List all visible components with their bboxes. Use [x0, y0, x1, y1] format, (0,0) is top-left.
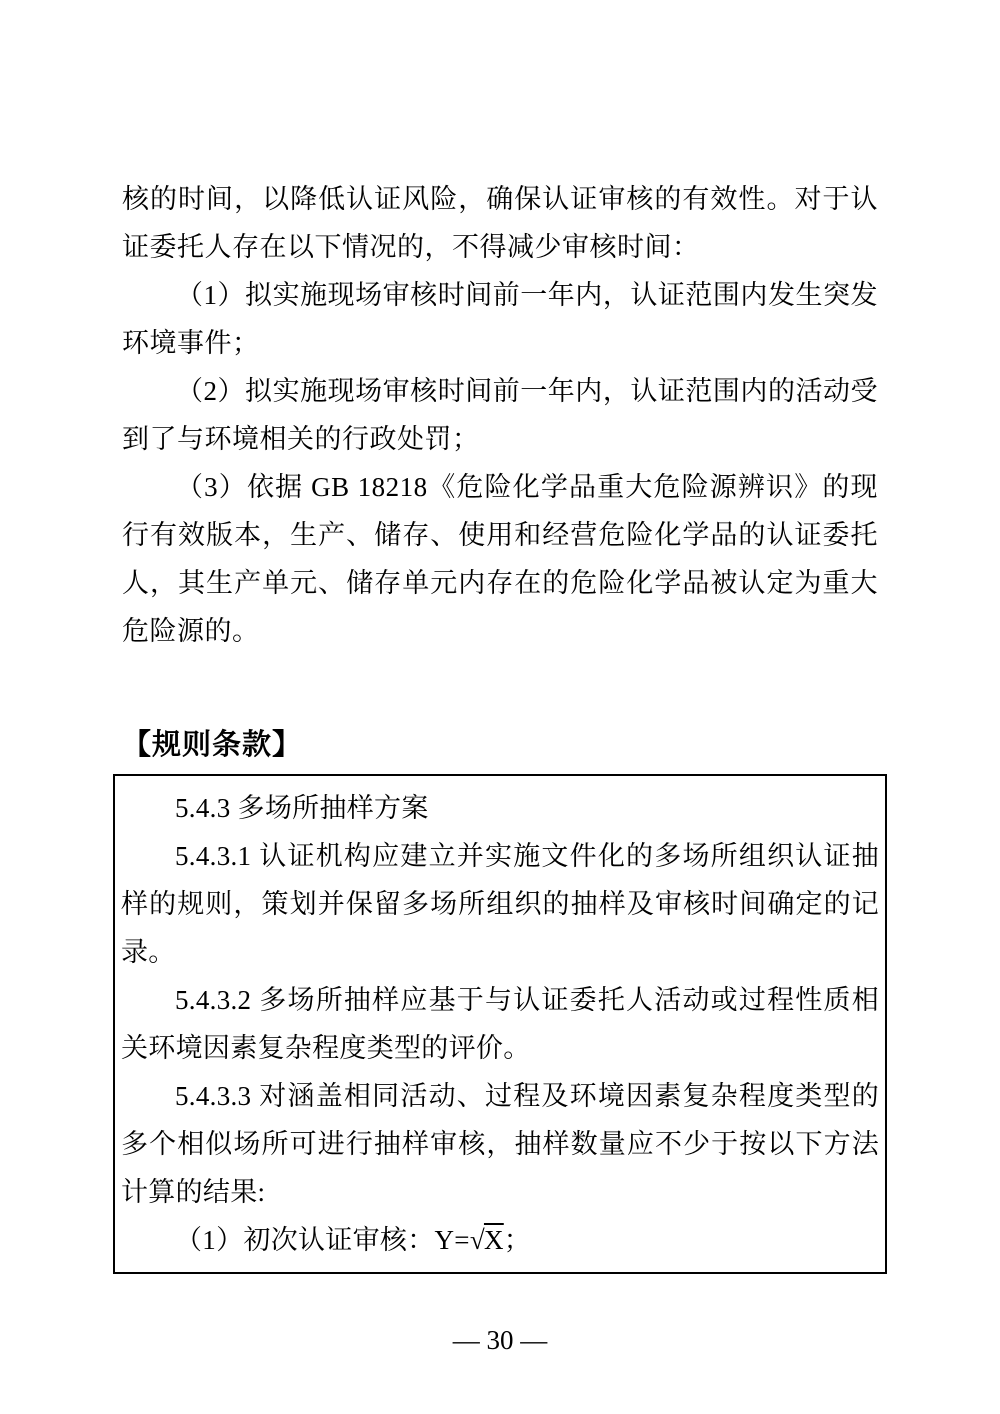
page-footer: — 30 —: [113, 1320, 887, 1360]
page-body: 核的时间，以降低认证风险，确保认证审核的有效性。对于认证委托人存在以下情况的，不…: [122, 175, 878, 655]
paragraph-item-2: （2）拟实施现场审核时间前一年内，认证范围内的活动受到了与环境相关的行政处罚；: [122, 367, 878, 463]
section-heading-rule-clauses: 【规则条款】: [122, 721, 878, 769]
clause-5-4-3-3: 5.4.3.3 对涵盖相同活动、过程及环境因素复杂程度类型的多个相似场所可进行抽…: [121, 1072, 879, 1216]
paragraph-continuation: 核的时间，以降低认证风险，确保认证审核的有效性。对于认证委托人存在以下情况的，不…: [122, 175, 878, 271]
paragraph-item-3: （3）依据 GB 18218《危险化学品重大危险源辨识》的现行有效版本，生产、储…: [122, 463, 878, 655]
clause-5-4-3: 5.4.3 多场所抽样方案: [121, 784, 879, 832]
paragraph-item-1: （1）拟实施现场审核时间前一年内，认证范围内发生突发环境事件；: [122, 271, 878, 367]
formula-prefix: （1）初次认证审核：Y=: [175, 1225, 470, 1255]
formula-suffix: ；: [504, 1225, 531, 1255]
clause-5-4-3-2: 5.4.3.2 多场所抽样应基于与认证委托人活动或过程性质相关环境因素复杂程度类…: [121, 976, 879, 1072]
document-page: 核的时间，以降低认证风险，确保认证审核的有效性。对于认证委托人存在以下情况的，不…: [0, 0, 1000, 1414]
formula-radicand: X: [484, 1225, 504, 1255]
square-root-symbol: √: [470, 1225, 485, 1255]
page-number: — 30 —: [453, 1325, 548, 1355]
clause-formula-initial-audit: （1）初次认证审核：Y=√X；: [121, 1216, 879, 1264]
rule-clause-box: 5.4.3 多场所抽样方案 5.4.3.1 认证机构应建立并实施文件化的多场所组…: [113, 774, 887, 1274]
clause-5-4-3-1: 5.4.3.1 认证机构应建立并实施文件化的多场所组织认证抽样的规则，策划并保留…: [121, 832, 879, 976]
